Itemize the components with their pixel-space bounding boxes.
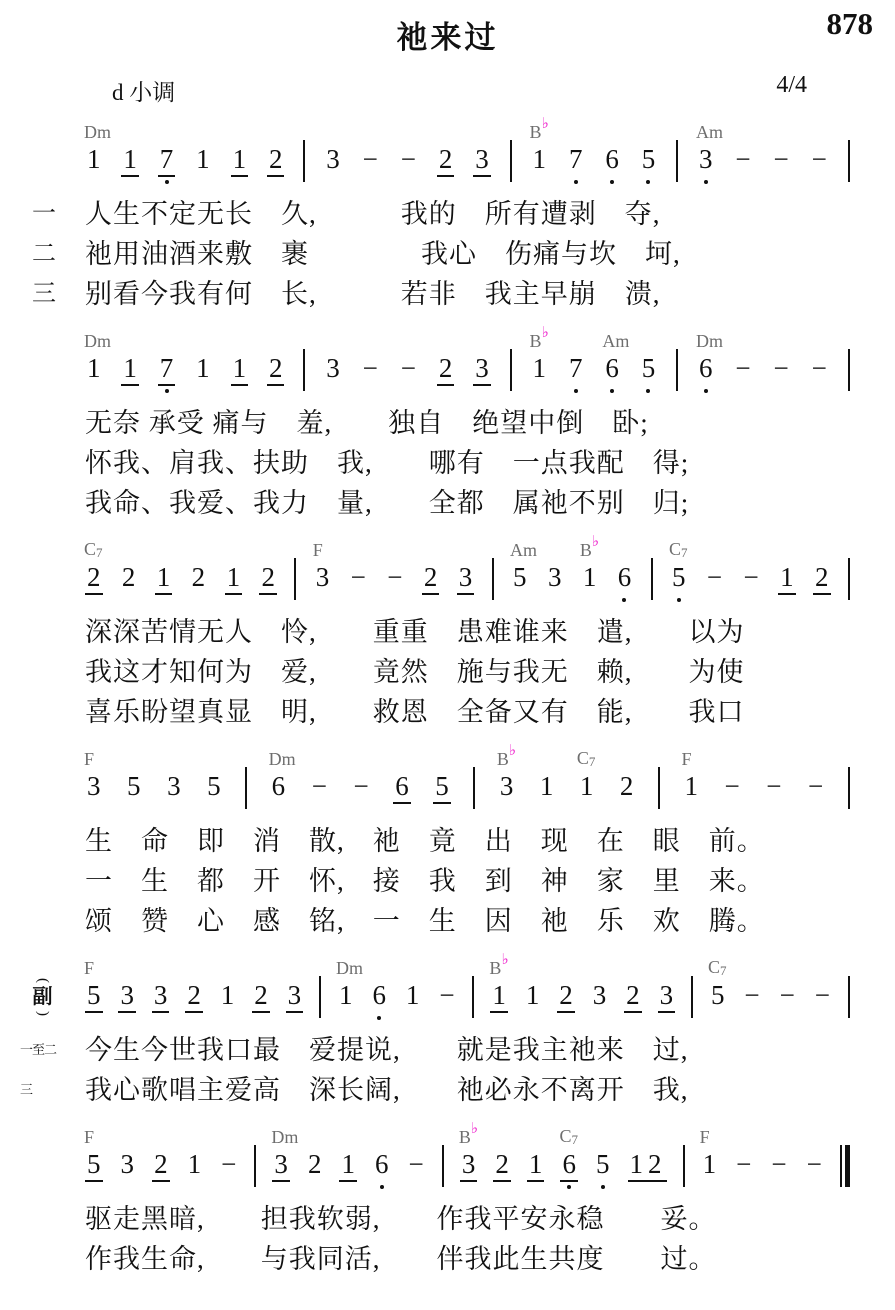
chord-label: Dm: [84, 123, 111, 141]
hymn-number: 878: [827, 6, 874, 42]
note: 5Am: [511, 562, 529, 593]
note: 1B♭: [531, 144, 549, 175]
dash: −: [399, 353, 418, 384]
lyric-text: 我命、我爱、我力 量, 全都 属祂不别 归;: [85, 483, 689, 523]
note: 1Dm: [85, 353, 103, 384]
note: 5F: [85, 1149, 103, 1182]
refrain-label: 副: [33, 985, 53, 1009]
note: 1: [524, 980, 542, 1011]
chord-label: Dm: [269, 750, 296, 768]
dash: −: [742, 980, 761, 1011]
note: 3: [473, 353, 491, 386]
note: 2: [557, 980, 575, 1013]
note: 2: [306, 1149, 324, 1180]
key-signature: d 小调: [112, 74, 175, 107]
notes-row: 3F5356Dm−−653B♭11C721F−−−: [85, 745, 850, 809]
note: 2: [185, 980, 203, 1013]
dash: −: [349, 562, 368, 593]
dash: −: [810, 144, 829, 175]
chord-label: B♭: [489, 956, 508, 977]
chord-label: Am: [602, 332, 629, 350]
lyric-text: 无奈 承受 痛与 羞, 独自 绝望中倒 卧;: [85, 403, 649, 443]
lyric-row: 怀我、肩我、扶助 我, 哪有 一点我配 得;: [0, 443, 895, 483]
note: 6Am: [603, 353, 621, 384]
chord-label: F: [84, 750, 94, 768]
barline: [848, 353, 850, 391]
chord-label: B♭: [497, 747, 516, 768]
header: 祂来过 878 d 小调 4/4: [0, 0, 895, 112]
note: 6Dm: [697, 353, 715, 384]
chord-label: B♭: [459, 1125, 478, 1146]
lyric-row: 颂 赞 心 感 铭, 一 生 因 祂 乐 欢 腾。: [0, 901, 895, 941]
note: 2: [422, 562, 440, 595]
flat-icon: ♭: [509, 743, 516, 759]
barline: [848, 562, 850, 600]
lyric-row: 深深苦情无人 怜, 重重 患难谁来 遣, 以为: [0, 612, 895, 652]
note: 2: [813, 562, 831, 595]
lyric-row: 我命、我爱、我力 量, 全都 属祂不别 归;: [0, 483, 895, 523]
lyric-row: 三别看今我有何 长, 若非 我主早崩 溃,: [0, 274, 895, 314]
chord-seventh: 7: [681, 545, 688, 560]
low-octave-dot: [377, 1016, 381, 1020]
note: 5: [594, 1149, 612, 1180]
note: 1: [225, 562, 243, 595]
note: 3: [118, 980, 136, 1013]
note: 3: [165, 771, 183, 802]
barline: [303, 144, 305, 182]
note: 2: [493, 1149, 511, 1182]
low-octave-dot: [704, 389, 708, 393]
note: 1: [155, 562, 173, 595]
barline: [676, 353, 678, 391]
dash: −: [310, 771, 329, 802]
chord-label: Dm: [336, 959, 363, 977]
dash: −: [772, 353, 791, 384]
chord-label: Dm: [696, 332, 723, 350]
dash: −: [742, 562, 761, 593]
note: 2: [120, 562, 138, 593]
low-octave-dot: [622, 598, 626, 602]
note: 7: [158, 353, 176, 386]
paren-open-icon: (: [38, 978, 47, 983]
lyric-row: 驱走黑暗, 担我软弱, 作我平安永稳 妥。: [0, 1199, 895, 1239]
low-octave-dot: [646, 180, 650, 184]
low-octave-dot: [677, 598, 681, 602]
low-octave-dot: [704, 180, 708, 184]
chord-label: F: [313, 541, 323, 559]
barline: [848, 980, 850, 1018]
chord-label: Dm: [271, 1128, 298, 1146]
dash: −: [399, 144, 418, 175]
note: 5: [205, 771, 223, 802]
note: 6: [393, 771, 411, 804]
note: 3: [119, 1149, 137, 1180]
note: 1B♭: [490, 980, 508, 1013]
chord-seventh: 7: [571, 1132, 578, 1147]
note: 3Dm: [272, 1149, 290, 1182]
notes-row: 1Dm171123−−231B♭7653Am−−−: [85, 118, 850, 182]
lyric-row: 无奈 承受 痛与 羞, 独自 绝望中倒 卧;: [0, 403, 895, 443]
final-barline: [840, 1149, 850, 1187]
low-octave-dot: [165, 389, 169, 393]
music-system-4: 3F5356Dm−−653B♭11C721F−−−: [0, 745, 895, 809]
verse-number: 一: [0, 194, 85, 234]
chord-label: F: [84, 1128, 94, 1146]
barline: [473, 771, 475, 809]
dash: −: [813, 980, 832, 1011]
note: 1: [231, 144, 249, 177]
note: 7: [567, 353, 585, 384]
notes-row: 1Dm171123−−231B♭76Am56Dm−−−: [85, 327, 850, 391]
barline: [472, 980, 474, 1018]
note: 2: [252, 980, 270, 1013]
note: 1: [538, 771, 556, 802]
page-title: 祂来过: [0, 12, 895, 57]
lyric-text: 一 生 都 开 怀, 接 我 到 神 家 里 来。: [85, 861, 765, 901]
note: 3B♭: [498, 771, 516, 802]
paren-close-icon: ): [38, 1011, 47, 1016]
dash: −: [361, 144, 380, 175]
verse-number: 二: [0, 234, 85, 274]
chord-label: F: [700, 1128, 710, 1146]
dash: −: [778, 980, 797, 1011]
note: 2: [618, 771, 636, 802]
lyric-text: 作我生命, 与我同活, 伴我此生共度 过。: [85, 1239, 717, 1279]
note: 1C7: [578, 771, 596, 802]
chord-seventh: 7: [720, 963, 727, 978]
chord-label: B♭: [530, 120, 549, 141]
note: 3: [457, 562, 475, 595]
flat-icon: ♭: [501, 952, 508, 968]
lyric-text: 深深苦情无人 怜, 重重 患难谁来 遣, 以为: [85, 612, 745, 652]
music-system-3: 2C7212123F−−235Am31B♭65C7−−12: [0, 536, 895, 600]
dash: −: [764, 771, 783, 802]
lyric-text: 颂 赞 心 感 铭, 一 生 因 祂 乐 欢 腾。: [85, 901, 765, 941]
barline: [254, 1149, 256, 1187]
music-system-1: 1Dm171123−−231B♭7653Am−−−: [0, 118, 895, 182]
system-marker: (副): [0, 954, 85, 1018]
lyric-text: 我这才知何为 爱, 竟然 施与我无 赖, 为使: [85, 652, 745, 692]
note: 2: [437, 353, 455, 386]
note: 5C7: [670, 562, 688, 593]
note: 2: [267, 144, 285, 177]
note: 2: [152, 1149, 170, 1182]
barline: [676, 144, 678, 182]
barline: [510, 353, 512, 391]
dash: −: [361, 353, 380, 384]
verse-number: 三: [0, 1070, 85, 1110]
lyric-text: 别看今我有何 长, 若非 我主早崩 溃,: [85, 274, 661, 314]
lyric-text: 今生今世我口最 爱提说, 就是我主祂来 过,: [85, 1030, 689, 1070]
music-system-6: 5F321−3Dm216−3B♭216C75121F−−−: [0, 1123, 895, 1187]
verse-number: 一至二: [0, 1030, 85, 1070]
chord-label: Dm: [84, 332, 111, 350]
lyric-row: 二祂用油酒来敷 裹 我心 伤痛与坎 坷,: [0, 234, 895, 274]
note: 1: [339, 1149, 357, 1182]
notes-row: 2C7212123F−−235Am31B♭65C7−−12: [85, 536, 850, 600]
note: 5: [640, 353, 658, 384]
note: 6: [373, 1149, 391, 1180]
lyric-text: 驱走黑暗, 担我软弱, 作我平安永稳 妥。: [85, 1199, 717, 1239]
chord-label: F: [681, 750, 691, 768]
note: 6C7: [560, 1149, 578, 1182]
note: 1: [778, 562, 796, 595]
chord-label: B♭: [580, 538, 599, 559]
note: 1: [121, 144, 139, 177]
note: 3: [591, 980, 609, 1011]
note: 7: [567, 144, 585, 175]
note: 3Am: [697, 144, 715, 175]
note: 3: [152, 980, 170, 1013]
low-octave-dot: [601, 1185, 605, 1189]
dash: −: [806, 771, 825, 802]
note: 1: [194, 353, 212, 384]
lyric-row: 作我生命, 与我同活, 伴我此生共度 过。: [0, 1239, 895, 1279]
note: 7: [158, 144, 176, 177]
hymn-sheet: { "header": { "title": "祂来过", "number": …: [0, 0, 895, 1310]
dash: −: [219, 1149, 238, 1180]
system-marker: [0, 536, 85, 600]
chord-seventh: 7: [589, 754, 596, 769]
dash: −: [385, 562, 404, 593]
note: 1: [194, 144, 212, 175]
barline: [691, 980, 693, 1018]
note: 1Dm: [337, 980, 355, 1011]
barline: [510, 144, 512, 182]
chord-label: F: [84, 959, 94, 977]
verse-number: 三: [0, 274, 85, 314]
music-system-2: 1Dm171123−−231B♭76Am56Dm−−−: [0, 327, 895, 391]
lyric-text: 怀我、肩我、扶助 我, 哪有 一点我配 得;: [85, 443, 689, 483]
dash: −: [733, 144, 752, 175]
note: 1: [186, 1149, 204, 1180]
lyric-row: 一人生不定无长 久, 我的 所有遭剥 夺,: [0, 194, 895, 234]
note: 1: [121, 353, 139, 386]
note: 3F: [314, 562, 332, 593]
dash: −: [351, 771, 370, 802]
dash: −: [772, 144, 791, 175]
barline: [492, 562, 494, 600]
lyric-text: 喜乐盼望真显 明, 救恩 全备又有 能, 我口: [85, 692, 745, 732]
note: 5F: [85, 980, 103, 1013]
note: 1B♭: [581, 562, 599, 593]
notes-row: 5F321−3Dm216−3B♭216C75121F−−−: [85, 1123, 850, 1187]
note: 2: [624, 980, 642, 1013]
lyric-row: 我这才知何为 爱, 竟然 施与我无 赖, 为使: [0, 652, 895, 692]
flat-icon: ♭: [471, 1121, 478, 1137]
low-octave-dot: [165, 180, 169, 184]
note: 5C7: [709, 980, 727, 1011]
chord-label: C7: [708, 958, 727, 977]
note: 2: [190, 562, 208, 593]
lyric-row: 喜乐盼望真显 明, 救恩 全备又有 能, 我口: [0, 692, 895, 732]
lyric-text: 生 命 即 消 散, 祂 竟 出 现 在 眼 前。: [85, 821, 765, 861]
lyric-text: 祂用油酒来敷 裹 我心 伤痛与坎 坷,: [85, 234, 681, 274]
dash: −: [407, 1149, 426, 1180]
note: 3: [658, 980, 676, 1013]
lyric-text: 我心歌唱主爱高 深长阔, 祂必永不离开 我,: [85, 1070, 689, 1110]
flat-icon: ♭: [542, 116, 549, 132]
low-octave-dot: [610, 180, 614, 184]
low-octave-dot: [380, 1185, 384, 1189]
dash: −: [805, 1149, 824, 1180]
chord-label: Am: [510, 541, 537, 559]
barline: [442, 1149, 444, 1187]
barline: [319, 980, 321, 1018]
dash: −: [769, 1149, 788, 1180]
chord-label: C7: [577, 749, 596, 768]
note: 3: [546, 562, 564, 593]
barline: [294, 562, 296, 600]
note: 5: [433, 771, 451, 804]
chord-label: C7: [669, 540, 688, 559]
note: 6: [603, 144, 621, 175]
chord-label: B♭: [530, 329, 549, 350]
low-octave-dot: [610, 389, 614, 393]
dash: −: [723, 771, 742, 802]
flat-icon: ♭: [542, 325, 549, 341]
system-marker: [0, 1123, 85, 1187]
flat-icon: ♭: [592, 534, 599, 550]
note: 3: [286, 980, 304, 1013]
lyric-row: 三我心歌唱主爱高 深长阔, 祂必永不离开 我,: [0, 1070, 895, 1110]
chord-label: Am: [696, 123, 723, 141]
note: 6Dm: [270, 771, 288, 802]
barline: [245, 771, 247, 809]
lyric-row: 一至二今生今世我口最 爱提说, 就是我主祂来 过,: [0, 1030, 895, 1070]
note: 1B♭: [531, 353, 549, 384]
chord-label: C7: [84, 540, 103, 559]
low-octave-dot: [574, 389, 578, 393]
dash: −: [810, 353, 829, 384]
time-signature: 4/4: [776, 72, 807, 99]
note: 2: [259, 562, 277, 595]
music-system-5: (副)5F3321231Dm61−1B♭123235C7−−−: [0, 954, 895, 1018]
note: 1: [231, 353, 249, 386]
system-marker: [0, 327, 85, 391]
barline: [848, 771, 850, 809]
chord-label: C7: [559, 1127, 578, 1146]
note: 1: [404, 980, 422, 1011]
low-octave-dot: [567, 1185, 571, 1189]
chord-seventh: 7: [96, 545, 103, 560]
lyric-row: 一 生 都 开 怀, 接 我 到 神 家 里 来。: [0, 861, 895, 901]
system-marker: [0, 745, 85, 809]
note: 6: [616, 562, 634, 593]
dash: −: [437, 980, 456, 1011]
lyric-text: 人生不定无长 久, 我的 所有遭剥 夺,: [85, 194, 661, 234]
system-marker: [0, 118, 85, 182]
note: 3: [324, 144, 342, 175]
note: 1F: [701, 1149, 719, 1180]
note: 1: [527, 1149, 545, 1182]
note: 2: [267, 353, 285, 386]
low-octave-dot: [646, 389, 650, 393]
note: 6: [370, 980, 388, 1011]
dash: −: [734, 1149, 753, 1180]
note: 2: [437, 144, 455, 177]
note: 12: [628, 1149, 667, 1182]
score: 1Dm171123−−231B♭7653Am−−−一人生不定无长 久, 我的 所…: [0, 112, 895, 1279]
note: 1Dm: [85, 144, 103, 175]
note: 3: [324, 353, 342, 384]
barline: [848, 144, 850, 182]
low-octave-dot: [574, 180, 578, 184]
note: 5: [640, 144, 658, 175]
lyric-row: 生 命 即 消 散, 祂 竟 出 现 在 眼 前。: [0, 821, 895, 861]
barline: [651, 562, 653, 600]
note: 1: [219, 980, 237, 1011]
note: 3B♭: [460, 1149, 478, 1182]
note: 3F: [85, 771, 103, 802]
notes-row: 5F3321231Dm61−1B♭123235C7−−−: [85, 954, 850, 1018]
note: 5: [125, 771, 143, 802]
barline: [658, 771, 660, 809]
barline: [683, 1149, 685, 1187]
dash: −: [705, 562, 724, 593]
note: 1F: [682, 771, 700, 802]
barline: [303, 353, 305, 391]
note: 2C7: [85, 562, 103, 595]
note: 3: [473, 144, 491, 177]
dash: −: [733, 353, 752, 384]
